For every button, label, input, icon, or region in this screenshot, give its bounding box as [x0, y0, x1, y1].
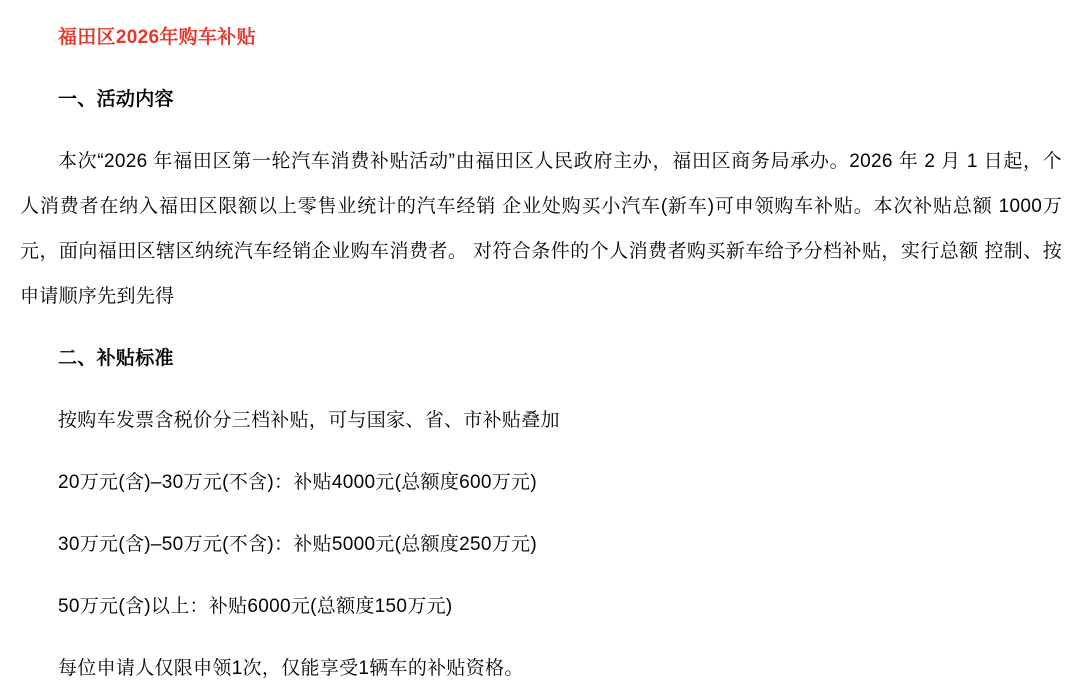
subsidy-intro-line: 按购车发票含税价分三档补贴，可与国家、省、市补贴叠加 — [20, 398, 1062, 443]
subsidy-tier-line-3: 50万元(含)以上：补贴6000元(总额度150万元) — [20, 584, 1062, 629]
document-page: 福田区2026年购车补贴 一、活动内容 本次“2026 年福田区第一轮汽车消费补… — [0, 0, 1080, 688]
doc-title: 福田区2026年购车补贴 — [20, 15, 1062, 60]
subsidy-tier-line-1: 20万元(含)–30万元(不含)：补贴4000元(总额度600万元) — [20, 460, 1062, 505]
subsidy-tier-line-2: 30万元(含)–50万元(不含)：补贴5000元(总额度250万元) — [20, 522, 1062, 567]
section-heading-activity: 一、活动内容 — [20, 77, 1062, 122]
activity-paragraph: 本次“2026 年福田区第一轮汽车消费补贴活动”由福田区人民政府主办，福田区商务… — [20, 139, 1062, 319]
subsidy-note-line: 每位申请人仅限申领1次，仅能享受1辆车的补贴资格。 — [20, 646, 1062, 688]
section-heading-subsidy-standard: 二、补贴标准 — [20, 336, 1062, 381]
